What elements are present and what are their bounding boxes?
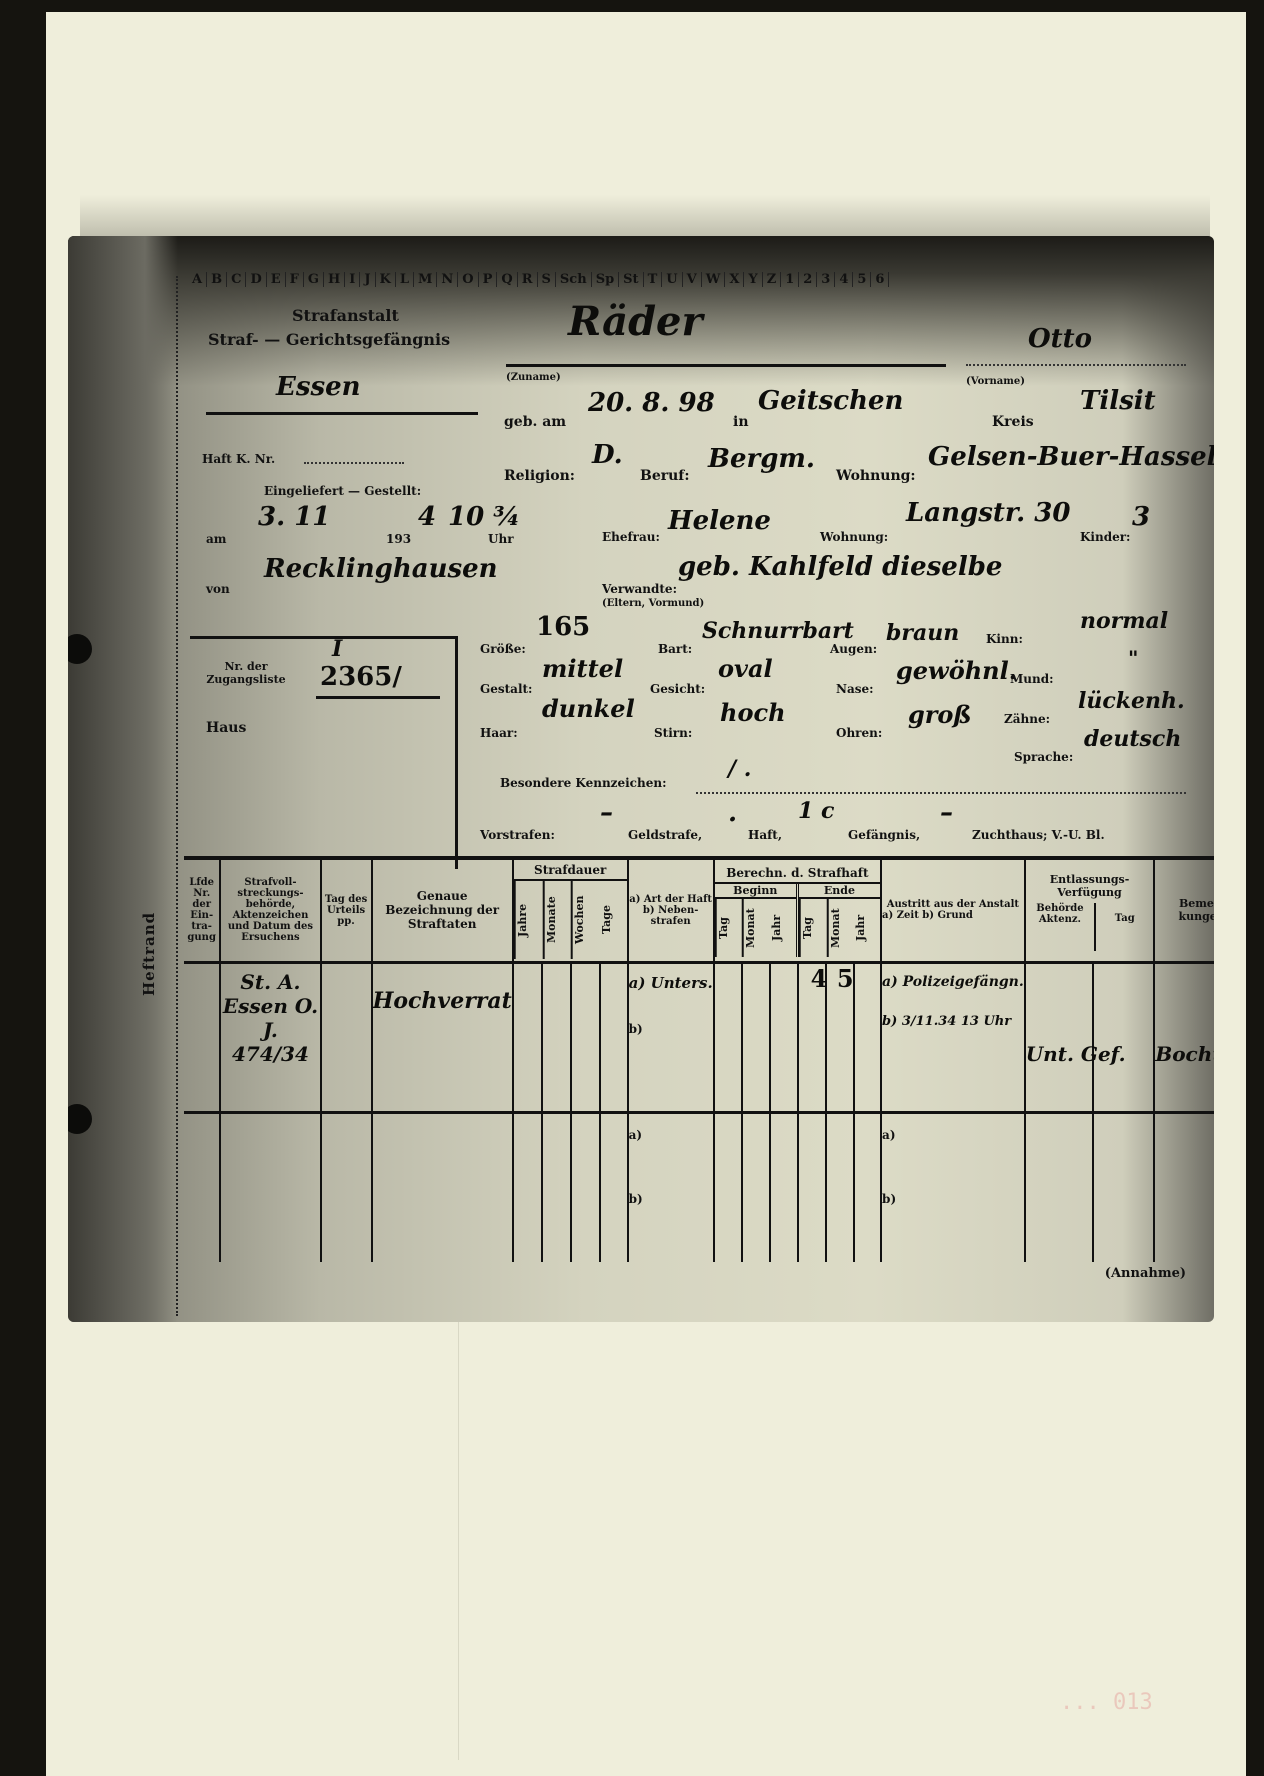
zugang-prefix: I bbox=[332, 636, 342, 662]
haar-label: Haar: bbox=[480, 726, 518, 740]
col-header-austritt: Austritt aus der Anstalt bbox=[882, 899, 1024, 910]
alphabet-tab: 2 bbox=[799, 272, 817, 287]
kreis-label: Kreis bbox=[992, 414, 1034, 430]
cell-strafdauer bbox=[513, 962, 628, 1112]
alphabet-tab: N bbox=[437, 272, 458, 287]
col-header-beginn-monat: Monat bbox=[742, 899, 770, 957]
cell-art-b: b) bbox=[629, 992, 713, 1036]
col-header-austritt-sub: a) Zeit b) Grund bbox=[882, 910, 1024, 921]
haft-value: 1 c bbox=[798, 798, 834, 824]
religion-label: Religion: bbox=[504, 468, 575, 484]
gesicht-label: Gesicht: bbox=[650, 682, 705, 696]
cell-austritt-b: b) bbox=[882, 1142, 1024, 1206]
institution-line1: Strafanstalt bbox=[292, 306, 399, 325]
alphabet-tab: V bbox=[683, 272, 702, 287]
col-header-ende-monat: Monat bbox=[827, 899, 855, 957]
vorstrafen-value: – bbox=[600, 798, 613, 828]
col-header-tage: Tage bbox=[600, 881, 627, 959]
gesicht-value: oval bbox=[718, 654, 773, 683]
alphabet-tab: Z bbox=[763, 272, 782, 287]
cell-art-b: b) bbox=[629, 1142, 713, 1206]
institution-line2: Straf- — Gerichtsgefängnis bbox=[208, 330, 450, 349]
nase-label: Nase: bbox=[836, 682, 874, 696]
col-header-wochen: Wochen bbox=[571, 881, 600, 959]
alphabet-tab: Y bbox=[744, 272, 762, 287]
zugang-label: Nr. der Zugangsliste bbox=[206, 660, 286, 686]
col-header-tag-urteil: Tag des Urteils pp. bbox=[321, 858, 372, 962]
cell-art-a: a) bbox=[629, 1114, 713, 1142]
cell-lfd bbox=[184, 1112, 220, 1262]
augen-label: Augen: bbox=[830, 642, 877, 656]
zugang-value: 2365/ bbox=[320, 662, 402, 692]
kreis-value: Tilsit bbox=[1080, 386, 1156, 416]
cell-tag-urteil bbox=[321, 962, 372, 1112]
col-header-berechnung: Berechn. d. Strafhaft bbox=[715, 864, 880, 884]
religion-value: D. bbox=[592, 440, 623, 470]
alphabet-tab: K bbox=[376, 272, 396, 287]
haft-label: Haft, bbox=[748, 828, 782, 842]
col-header-strafdauer: Strafdauer bbox=[514, 861, 627, 881]
groesse-label: Größe: bbox=[480, 642, 526, 656]
col-header-ende: Ende bbox=[799, 884, 880, 899]
haft-number-label: Haft K. Nr. bbox=[202, 452, 275, 466]
gefaengnis-value: – bbox=[940, 798, 953, 828]
haft-number-line bbox=[304, 462, 404, 464]
cell-straftaten bbox=[372, 1112, 513, 1262]
alphabet-tab: R bbox=[518, 272, 538, 287]
prison-register-card: Heftrand ABCDEFGHIJKLMNOPQRSSchSpStTUVWX… bbox=[68, 236, 1214, 1322]
von-value: Recklinghausen bbox=[264, 554, 498, 584]
kennzeichen-value: / . bbox=[728, 756, 751, 782]
zuchthaus-label: Zuchthaus; V.-U. Bl. bbox=[972, 828, 1105, 842]
birthplace-value: Geitschen bbox=[758, 386, 903, 416]
ehefrau-value: Helene bbox=[668, 506, 771, 536]
ehefrau-label: Ehefrau: bbox=[602, 530, 660, 544]
surname-label: (Zuname) bbox=[506, 372, 561, 383]
cell-strafdauer bbox=[513, 1112, 628, 1262]
cell-bemerkungen bbox=[1154, 1112, 1214, 1262]
beruf-label: Beruf: bbox=[640, 468, 690, 484]
table-header-row: Lfde Nr. der Ein- tra- gung Strafvoll- s… bbox=[184, 858, 1214, 962]
geldstrafe-label: Geldstrafe, bbox=[628, 828, 702, 842]
col-header-beginn-jahr: Jahr bbox=[770, 899, 796, 957]
verwandte-label: Verwandte: bbox=[602, 582, 677, 596]
cell-behoerde bbox=[220, 1112, 320, 1262]
col-header-monate: Monate bbox=[543, 881, 572, 959]
wohnung-value: Gelsen-Buer-Hassel bbox=[928, 442, 1214, 472]
alphabet-tab: D bbox=[246, 272, 266, 287]
cell-bemerkungen: Bochum bbox=[1154, 962, 1214, 1112]
cell-entlassung bbox=[1025, 1112, 1155, 1262]
gestalt-label: Gestalt: bbox=[480, 682, 533, 696]
alphabet-tab: U bbox=[662, 272, 682, 287]
wohnung-label: Wohnung: bbox=[836, 468, 916, 484]
haus-label: Haus bbox=[206, 720, 246, 736]
cell-austritt-a: a) Polizeigefängn. bbox=[882, 964, 1024, 990]
alphabet-tab: F bbox=[286, 272, 304, 287]
cell-ende-tag: 4 bbox=[811, 964, 828, 993]
cell-behoerde: St. A. Essen O. J. 474/34 bbox=[220, 962, 320, 1112]
gestalt-value: mittel bbox=[542, 654, 623, 683]
cell-tag-urteil bbox=[321, 1112, 372, 1262]
alphabet-tab: P bbox=[479, 272, 498, 287]
surname-rule bbox=[506, 364, 946, 367]
col-header-ende-tag: Tag bbox=[799, 899, 827, 957]
cell-berechnung bbox=[714, 1112, 881, 1262]
ehefrau-wohnung-value: Langstr. 30 bbox=[906, 498, 1070, 528]
surname-value: Räder bbox=[568, 298, 703, 345]
geldstrafe-value: . bbox=[728, 798, 737, 828]
col-header-jahre: Jahre bbox=[514, 881, 543, 959]
card-left-shade bbox=[68, 236, 178, 1322]
alphabet-tab: B bbox=[207, 272, 227, 287]
von-label: von bbox=[206, 582, 230, 596]
admission-year-value: 4 bbox=[418, 502, 436, 532]
col-header-bemerkungen: Bemer- kungen bbox=[1154, 858, 1214, 962]
col-header-straftaten: Genaue Bezeichnung der Straftaten bbox=[372, 858, 513, 962]
cell-art-a: a) Unters. bbox=[629, 964, 713, 992]
sprache-value: deutsch bbox=[1084, 726, 1181, 752]
alphabet-tab: C bbox=[227, 272, 246, 287]
zaehne-label: Zähne: bbox=[1004, 712, 1050, 726]
alphabet-tab: M bbox=[414, 272, 437, 287]
cell-austritt-b: b) 3/11.34 13 Uhr bbox=[882, 990, 1024, 1029]
col-header-behoerde: Strafvoll- streckungs- behörde, Aktenzei… bbox=[220, 858, 320, 962]
eingeliefert-label: Eingeliefert — Gestellt: bbox=[264, 484, 421, 498]
beruf-value: Bergm. bbox=[708, 444, 815, 474]
augen-value: braun bbox=[886, 620, 959, 646]
uhr-label: Uhr bbox=[488, 532, 514, 546]
col-header-lfd: Lfde Nr. der Ein- tra- gung bbox=[184, 858, 220, 962]
col-header-entlassung: Entlassungs- Verfügung bbox=[1026, 869, 1154, 903]
alphabet-tab: T bbox=[644, 272, 663, 287]
ohren-value: groß bbox=[908, 700, 972, 729]
firstname-label: (Vorname) bbox=[966, 376, 1025, 387]
gefaengnis-label: Gefängnis, bbox=[848, 828, 920, 842]
col-header-ende-jahr: Jahr bbox=[854, 899, 880, 957]
admission-date-value: 3. 11 bbox=[258, 502, 330, 532]
cell-ende-monat: 5 bbox=[837, 964, 854, 993]
col-header-art: a) Art der Haft b) Neben- strafen bbox=[628, 858, 714, 962]
mund-label: Mund: bbox=[1010, 672, 1054, 686]
alphabet-tab: Sch bbox=[556, 272, 592, 287]
zaehne-value: lückenh. bbox=[1078, 688, 1185, 714]
kennzeichen-label: Besondere Kennzeichen: bbox=[500, 776, 667, 790]
archive-stamp: ... 013 bbox=[1060, 1690, 1153, 1715]
alphabet-tab: J bbox=[360, 272, 375, 287]
alphabet-tab: W bbox=[702, 272, 726, 287]
kinder-label: Kinder: bbox=[1080, 530, 1131, 544]
cell-austritt-a: a) bbox=[882, 1114, 1024, 1142]
kinn-value: normal bbox=[1080, 608, 1168, 634]
cell-straftaten: Hochverrat bbox=[372, 962, 513, 1112]
institution-rule bbox=[206, 412, 478, 415]
alphabet-tab: 5 bbox=[853, 272, 871, 287]
institution-location-value: Essen bbox=[276, 372, 361, 402]
alphabet-tab: 3 bbox=[817, 272, 835, 287]
alphabet-tab: O bbox=[458, 272, 478, 287]
kinder-value: 3 bbox=[1132, 502, 1150, 532]
register-table: Lfde Nr. der Ein- tra- gung Strafvoll- s… bbox=[184, 856, 1214, 1262]
firstname-line bbox=[966, 364, 1186, 366]
col-header-entlassung-behoerde: Behörde Aktenz. bbox=[1026, 903, 1096, 951]
born-value: 20. 8. 98 bbox=[588, 388, 715, 418]
cell-lfd bbox=[184, 962, 220, 1112]
alphabet-tab: S bbox=[538, 272, 556, 287]
col-header-entlassung-tag: Tag bbox=[1096, 903, 1153, 951]
alphabet-tab: 1 bbox=[781, 272, 799, 287]
zugang-rule bbox=[316, 696, 440, 699]
alphabet-tab: G bbox=[304, 272, 324, 287]
firstname-value: Otto bbox=[1028, 324, 1092, 354]
table-row: a) b) a) b) bbox=[184, 1112, 1214, 1262]
bart-value: Schnurrbart bbox=[702, 618, 854, 644]
alphabet-tab: Q bbox=[497, 272, 517, 287]
admission-time-value: 10 ¾ bbox=[448, 502, 520, 532]
alphabet-tab: H bbox=[324, 272, 345, 287]
alphabet-tab: L bbox=[396, 272, 414, 287]
alphabet-tab: A bbox=[188, 272, 207, 287]
stirn-label: Stirn: bbox=[654, 726, 692, 740]
bart-label: Bart: bbox=[658, 642, 692, 656]
table-row: St. A. Essen O. J. 474/34 Hochverrat a) … bbox=[184, 962, 1214, 1112]
nase-value: gewöhnl. bbox=[896, 656, 1017, 685]
alphabet-tab: E bbox=[267, 272, 286, 287]
kennzeichen-line bbox=[696, 792, 1186, 794]
verwandte-sublabel: (Eltern, Vormund) bbox=[602, 598, 704, 609]
binding-margin-line bbox=[176, 276, 178, 1316]
annahme-label: (Annahme) bbox=[1105, 1266, 1186, 1281]
alphabet-tab: Sp bbox=[592, 272, 619, 287]
stirn-value: hoch bbox=[720, 698, 786, 727]
groesse-value: 165 bbox=[536, 612, 590, 642]
mund-value: " bbox=[1128, 646, 1138, 670]
alphabet-tab: I bbox=[345, 272, 360, 287]
page-right-border bbox=[1246, 0, 1264, 1776]
alphabet-tab: 6 bbox=[871, 272, 889, 287]
kinn-label: Kinn: bbox=[986, 632, 1023, 646]
binding-margin-label: Heftrand bbox=[140, 912, 158, 996]
ohren-label: Ohren: bbox=[836, 726, 882, 740]
alphabet-index-tabs: ABCDEFGHIJKLMNOPQRSSchSpStTUVWXYZ123456 bbox=[188, 272, 889, 287]
verwandte-value: geb. Kahlfeld dieselbe bbox=[678, 552, 1002, 582]
col-header-beginn-tag: Tag bbox=[715, 899, 743, 957]
born-label: geb. am bbox=[504, 414, 566, 430]
ehefrau-wohnung-label: Wohnung: bbox=[820, 530, 888, 544]
col-header-beginn: Beginn bbox=[715, 884, 796, 899]
sprache-label: Sprache: bbox=[1014, 750, 1073, 764]
vorstrafen-label: Vorstrafen: bbox=[480, 828, 555, 842]
alphabet-tab: St bbox=[619, 272, 643, 287]
birthplace-in-label: in bbox=[733, 414, 749, 430]
year-prefix-label: 193 bbox=[386, 532, 411, 546]
cell-entlassung-behoerde: Unt. Gef. bbox=[1026, 964, 1154, 1066]
alphabet-tab: 4 bbox=[835, 272, 853, 287]
alphabet-tab: X bbox=[725, 272, 744, 287]
haar-value: dunkel bbox=[542, 694, 635, 723]
am-label: am bbox=[206, 532, 226, 546]
